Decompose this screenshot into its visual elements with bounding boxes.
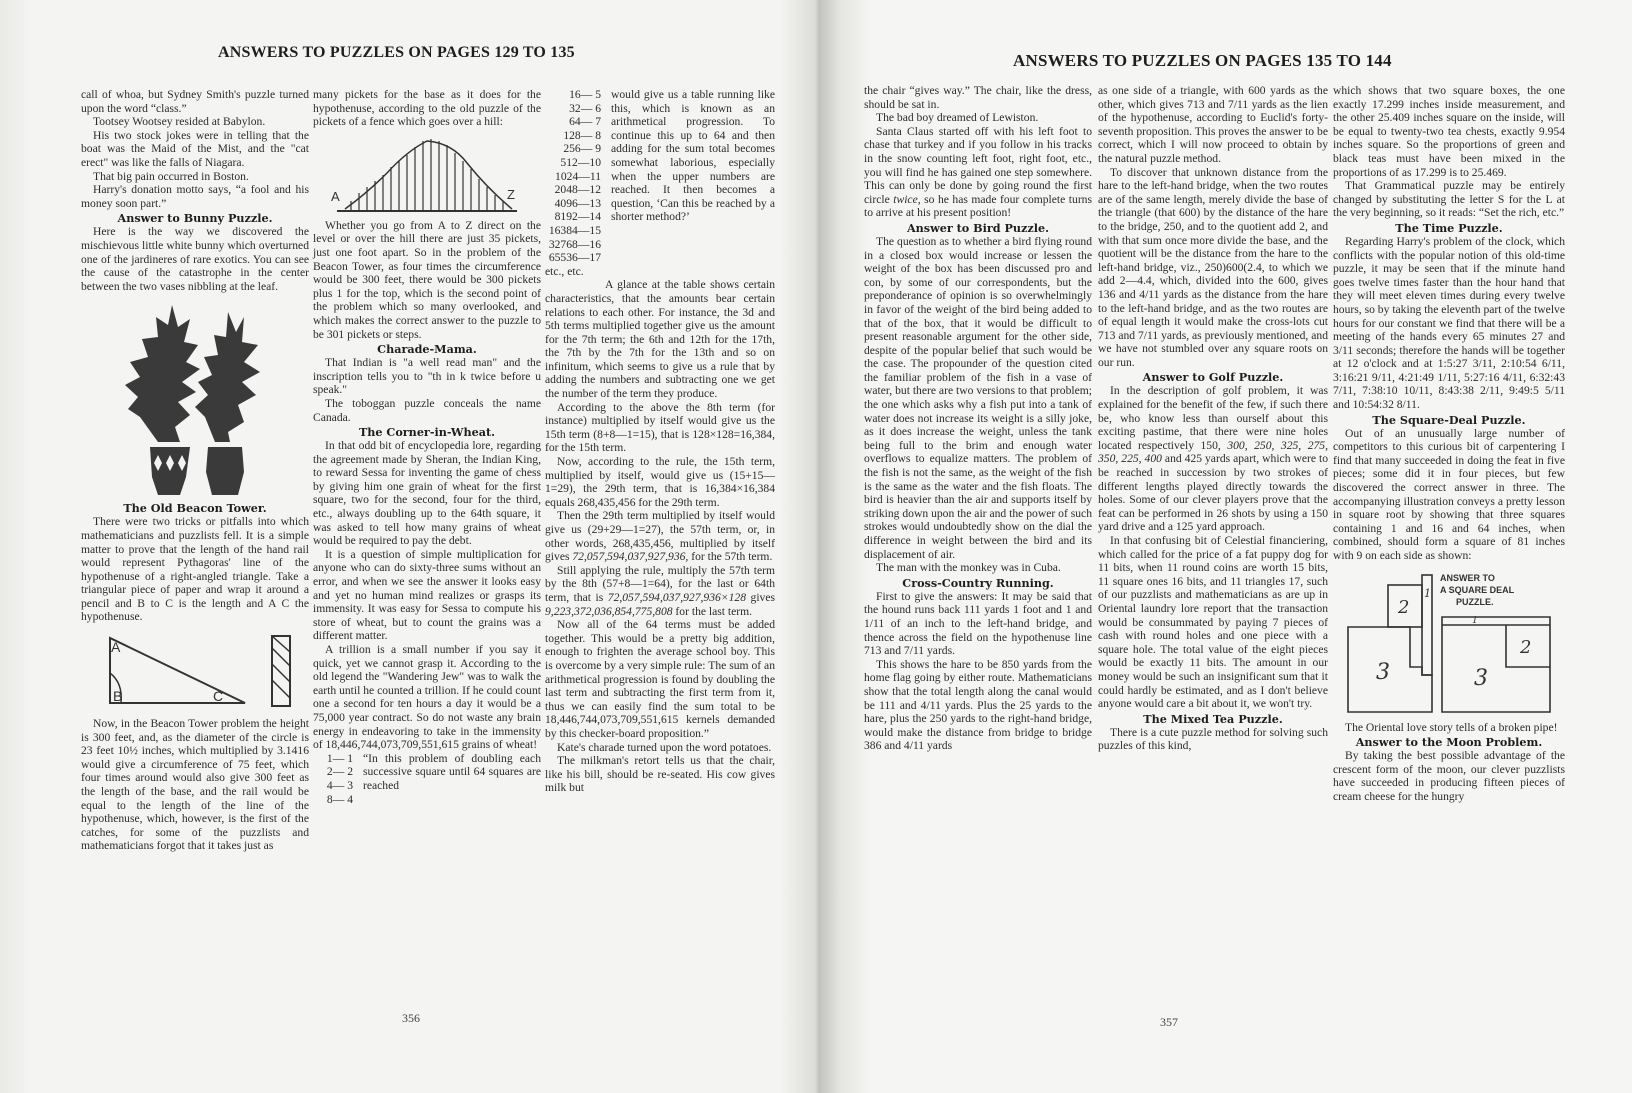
paragraph: Now, in the Beacon Tower problem the hei… xyxy=(81,717,309,853)
paragraph: The bad boy dreamed of Lewiston. xyxy=(864,111,1092,125)
paragraph: His two stock jokes were in telling that… xyxy=(81,129,309,170)
left-col-1: call of whoa, but Sydney Smith's puzzle … xyxy=(81,88,309,853)
label-b: B xyxy=(113,688,122,704)
figure-caption-1: ANSWER TO xyxy=(1440,573,1495,583)
label-a: A xyxy=(331,189,340,204)
paragraph: Santa Claus started off with his left fo… xyxy=(864,125,1092,220)
paragraph: Now all of the 64 terms must be added to… xyxy=(545,618,775,740)
paragraph: That Grammatical puzzle may be entirely … xyxy=(1333,179,1565,220)
paragraph: Here is the way we discovered the mischi… xyxy=(81,225,309,293)
left-col-2: many pickets for the base as it does for… xyxy=(313,88,541,806)
triangle-diagram: A B C xyxy=(85,628,305,713)
paragraph: Kate's charade turned upon the word pota… xyxy=(545,741,775,755)
paragraph: A glance at the table shows certain char… xyxy=(545,278,775,400)
page-number: 357 xyxy=(1160,1015,1178,1030)
piece-label-2b: 2 xyxy=(1519,637,1531,658)
paragraph: Then the 29th term multiplied by itself … xyxy=(545,509,775,563)
section-heading-cross-country: Cross-Country Running. xyxy=(864,576,1092,590)
right-col-1: the chair “gives way.” The chair, like t… xyxy=(864,84,1092,753)
paragraph: Regarding Harry's problem of the clock, … xyxy=(1333,235,1565,412)
paragraph: There were two tricks or pitfalls into w… xyxy=(81,515,309,624)
paragraph: First to give the answers: It may be sai… xyxy=(864,590,1092,658)
section-heading-bunny: Answer to Bunny Puzzle. xyxy=(81,211,309,225)
paragraph: Now, according to the rule, the 15th ter… xyxy=(545,455,775,509)
section-heading-time: The Time Puzzle. xyxy=(1333,221,1565,235)
piece-label-1b: 1 xyxy=(1472,616,1478,626)
label-c: C xyxy=(213,688,223,704)
paragraph: To discover that unknown distance from t… xyxy=(1098,166,1328,370)
left-page-title: ANSWERS TO PUZZLES ON PAGES 129 TO 135 xyxy=(218,44,575,62)
paragraph: In that confusing bit of Celestial finan… xyxy=(1098,534,1328,711)
bunny-vases-illustration xyxy=(120,297,270,497)
paragraph: Still applying the rule, multiply the 57… xyxy=(545,564,775,618)
paragraph: By taking the best possible advantage of… xyxy=(1333,749,1565,803)
square-deal-figure: 1 2 3 1 2 3 ANSWER TO A SQUARE DEAL PUZZ… xyxy=(1344,567,1554,717)
table-text: would give us a table running like this,… xyxy=(611,88,775,278)
section-heading-bird: Answer to Bird Puzzle. xyxy=(864,221,1092,235)
figure-caption-3: PUZZLE. xyxy=(1456,597,1494,607)
section-heading-tea: The Mixed Tea Puzzle. xyxy=(1098,712,1328,726)
right-col-3: which shows that two square boxes, the o… xyxy=(1333,84,1565,804)
paragraph: The Oriental love story tells of a broke… xyxy=(1333,721,1565,735)
paragraph: many pickets for the base as it does for… xyxy=(313,88,541,129)
figure-caption-2: A SQUARE DEAL xyxy=(1440,585,1515,595)
paragraph: In the description of golf problem, it w… xyxy=(1098,384,1328,534)
picket-fence-hill-icon: A Z xyxy=(327,133,527,215)
piece-label-3: 3 xyxy=(1376,660,1390,685)
book-spread: ANSWERS TO PUZZLES ON PAGES 129 TO 135 c… xyxy=(0,0,1632,1093)
paragraph: That Indian is "a well read man" and the… xyxy=(313,356,541,397)
page-number: 356 xyxy=(402,1011,420,1026)
section-heading-charade: Charade-Mama. xyxy=(313,342,541,356)
paragraph: Tootsey Wootsey resided at Babylon. xyxy=(81,115,309,129)
table-text: “In this problem of doubling each succes… xyxy=(363,752,541,806)
paragraph: Whether you go from A to Z direct on the… xyxy=(313,219,541,341)
hill-fence-diagram: A Z xyxy=(327,133,527,215)
triangle-pencil-icon: A B C xyxy=(85,628,305,713)
vases-plant-icon xyxy=(120,297,270,497)
paragraph: This shows the hare to be 850 yards from… xyxy=(864,658,1092,753)
section-heading-square-deal: The Square-Deal Puzzle. xyxy=(1333,413,1565,427)
paragraph: In that odd bit of encyclopedia lore, re… xyxy=(313,439,541,548)
section-heading-wheat: The Corner-in-Wheat. xyxy=(313,425,541,439)
paragraph: That big pain occurred in Boston. xyxy=(81,170,309,184)
right-page: ANSWERS TO PUZZLES ON PAGES 135 TO 144 t… xyxy=(820,0,1632,1093)
label-z: Z xyxy=(507,187,515,202)
section-heading-golf: Answer to Golf Puzzle. xyxy=(1098,370,1328,384)
paragraph: A trillion is a small number if you say … xyxy=(313,643,541,752)
paragraph: the chair “gives way.” The chair, like t… xyxy=(864,84,1092,111)
section-heading-beacon: The Old Beacon Tower. xyxy=(81,501,309,515)
square-deal-pieces-icon: 1 2 3 1 2 3 ANSWER TO A SQUARE DEAL PUZZ… xyxy=(1344,567,1554,717)
right-col-2: as one side of a triangle, with 600 yard… xyxy=(1098,84,1328,753)
piece-label-1: 1 xyxy=(1424,587,1431,600)
piece-label-3b: 3 xyxy=(1474,666,1488,691)
paragraph: The toboggan puzzle conceals the name Ca… xyxy=(313,397,541,424)
paragraph: There is a cute puzzle method for solvin… xyxy=(1098,726,1328,753)
doubling-table-part2: 16— 5 32— 6 64— 7 128— 8 256— 9 512—10 1… xyxy=(545,88,775,278)
doubling-table-part1: 1— 1 2— 2 4— 3 8— 4 “In this problem of … xyxy=(313,752,541,806)
paragraph: Harry's donation motto says, “a fool and… xyxy=(81,183,309,210)
left-col-3: 16— 5 32— 6 64— 7 128— 8 256— 9 512—10 1… xyxy=(545,88,775,795)
paragraph: which shows that two square boxes, the o… xyxy=(1333,84,1565,179)
paragraph: The question as to whether a bird flying… xyxy=(864,235,1092,561)
paragraph: It is a question of simple multiplicatio… xyxy=(313,548,541,643)
right-page-title: ANSWERS TO PUZZLES ON PAGES 135 TO 144 xyxy=(1013,51,1392,71)
paragraph: The man with the monkey was in Cuba. xyxy=(864,561,1092,575)
paragraph: as one side of a triangle, with 600 yard… xyxy=(1098,84,1328,166)
paragraph: According to the above the 8th term (for… xyxy=(545,401,775,455)
table-numbers: 16— 5 32— 6 64— 7 128— 8 256— 9 512—10 1… xyxy=(545,88,601,278)
left-page: ANSWERS TO PUZZLES ON PAGES 129 TO 135 c… xyxy=(0,0,820,1093)
paragraph: The milkman's retort tells us that the c… xyxy=(545,754,775,795)
paragraph: Out of an unusually large number of comp… xyxy=(1333,427,1565,563)
table-numbers: 1— 1 2— 2 4— 3 8— 4 xyxy=(313,752,353,806)
piece-label-2: 2 xyxy=(1397,597,1409,618)
label-a: A xyxy=(111,639,121,655)
section-heading-moon: Answer to the Moon Problem. xyxy=(1333,735,1565,749)
paragraph: call of whoa, but Sydney Smith's puzzle … xyxy=(81,88,309,115)
